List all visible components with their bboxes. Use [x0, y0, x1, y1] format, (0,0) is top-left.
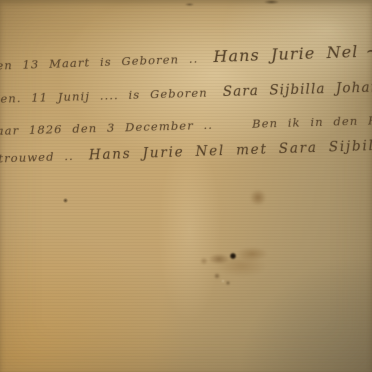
line-1-name: Hans Jurie Nel: [213, 42, 359, 66]
top-edge-mark-center: [185, 3, 194, 6]
line-4-names: Hans Jurie Nel met Sara Sijbilla J: [89, 137, 372, 164]
small-ink-speck: [63, 198, 68, 203]
manuscript-photo: Den 13 Maart is Geboren .. Hans Jurie Ne…: [0, 0, 372, 372]
line-4-married-word: getrouwed ..: [0, 149, 74, 166]
line-1-birth-entry: Den 13 Maart is Geboren ..: [0, 52, 199, 73]
manuscript-line-2: Den. 11 Junij .... is Geboren Sara Sijbi…: [0, 75, 372, 107]
manuscript-line-3: jaar 1826 den 3 December .. Ben ik in de…: [0, 109, 372, 139]
ink-blot-cluster: [190, 230, 290, 296]
line-2-name: Sara Sijbilla Johanna G: [223, 78, 372, 100]
top-edge-mark-right: [264, 0, 279, 4]
manuscript-line-1: Den 13 Maart is Geboren .. Hans Jurie Ne…: [0, 40, 372, 75]
faint-stain-spot: [249, 190, 267, 205]
manuscript-line-4: getrouwed .. Hans Jurie Nel met Sara Sij…: [0, 134, 372, 167]
line-2-birth-entry: Den. 11 Junij .... is Geboren: [0, 86, 208, 106]
line-3-marriage-text: Ben ik in den H: [252, 113, 372, 131]
line-1-flourish: ~: [365, 40, 372, 62]
line-3-date-entry: jaar 1826 den 3 December ..: [0, 118, 213, 138]
